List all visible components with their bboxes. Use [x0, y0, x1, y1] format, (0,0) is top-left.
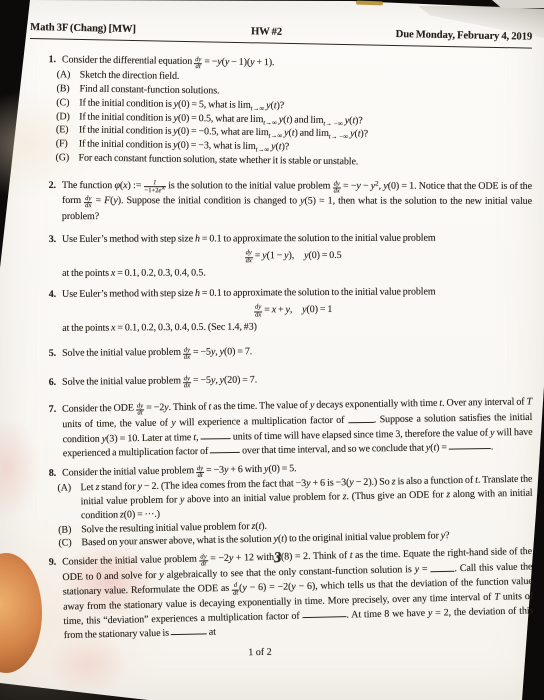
- handwritten-annotation: 3: [273, 550, 282, 568]
- problem-number: 9.: [40, 556, 56, 570]
- fraction: dydt: [199, 554, 208, 568]
- problem-text: Use Euler’s method with step size h = 0.…: [62, 231, 532, 246]
- problem-text: Consider the initial value problem dydt …: [62, 545, 534, 643]
- problem-number: 3.: [40, 233, 56, 247]
- problem-8: 8.Consider the initial value problem dyd…: [0, 457, 544, 551]
- problem-1: 1.Consider the differential equation dyd…: [0, 52, 544, 171]
- part-label: (E): [56, 123, 69, 137]
- problem-9: 9.Consider the initial value problem dyd…: [0, 545, 544, 644]
- fill-in-blank: [430, 562, 454, 572]
- fraction: dydx: [84, 196, 92, 210]
- problem-number: 2.: [40, 179, 56, 193]
- problem-5: 5.Solve the initial value problem dydx =…: [0, 343, 544, 363]
- problem-number: 1.: [40, 53, 56, 67]
- part-text: If the initial condition is y(0) = −3, w…: [79, 138, 290, 152]
- part-label: (C): [56, 96, 69, 110]
- problem-text: Solve the initial value problem dydx = −…: [62, 370, 532, 391]
- part-label: (A): [57, 482, 71, 496]
- fraction: dydt: [194, 56, 202, 70]
- fill-in-blank: [201, 430, 231, 440]
- problem-text: Consider the ODE dydt = −2y. Think of t …: [62, 395, 533, 460]
- fraction: dydx: [254, 305, 262, 319]
- fraction: dydt: [196, 466, 204, 480]
- photo-background: Math 3F (Chang) [MW] HW #2 Due Monday, F…: [0, 0, 544, 700]
- fraction: dydx: [183, 347, 191, 361]
- problem-number: 8.: [40, 467, 56, 481]
- problem-7: 7.Consider the ODE dydt = −2y. Think of …: [0, 395, 544, 462]
- fill-in-blank: [210, 444, 240, 454]
- problem-number: 4.: [40, 288, 56, 302]
- part-label: (A): [57, 68, 71, 82]
- part-label: (B): [58, 523, 71, 537]
- fraction: dydx: [333, 181, 341, 195]
- fill-in-blank: [348, 413, 374, 423]
- part-text: Sketch the direction field.: [80, 70, 180, 82]
- part-text: For each constant function solution, sta…: [78, 152, 358, 167]
- fraction: dydt: [136, 403, 144, 417]
- document-header: Math 3F (Chang) [MW] HW #2 Due Monday, F…: [30, 21, 532, 48]
- problem-text: The function φ(x) := 1−1+2ex is the solu…: [62, 179, 532, 224]
- display-equation: dydx = x + y, y(0) = 1: [56, 302, 530, 321]
- fraction: dydx: [245, 250, 253, 264]
- part-text: Find all constant-function solutions.: [79, 83, 219, 96]
- problem-text: at the points x = 0.1, 0.2, 0.3, 0.4, 0.…: [62, 319, 532, 336]
- part-label: (B): [56, 82, 69, 96]
- problem-text: Solve the initial value problem dydx = −…: [62, 343, 532, 363]
- problem-number: 5.: [40, 347, 56, 361]
- fraction: 1−1+2ex: [144, 180, 166, 195]
- problem-3: 3.Use Euler’s method with step size h = …: [0, 231, 544, 281]
- part-label: (F): [56, 137, 68, 151]
- part-text: Let z stand for y − 2. (The idea comes f…: [80, 474, 532, 521]
- fill-in-blank: [302, 608, 346, 618]
- problems: 1.Consider the differential equation dyd…: [0, 53, 544, 643]
- display-equation: dydx = y(1 − y), y(0) = 0.5: [56, 248, 530, 265]
- problem-2: 2.The function φ(x) := 1−1+2ex is the so…: [0, 179, 544, 224]
- fill-in-blank: [449, 440, 491, 450]
- fraction: dydx: [183, 375, 191, 389]
- part-label: (G): [55, 151, 69, 165]
- fill-in-blank: [171, 625, 207, 635]
- problem-text: at the points x = 0.1, 0.2, 0.3, 0.4, 0.…: [62, 265, 532, 280]
- problem-number: 7.: [40, 403, 56, 417]
- homework-title: HW #2: [251, 25, 282, 39]
- document-content: Math 3F (Chang) [MW] HW #2 Due Monday, F…: [0, 0, 544, 700]
- part-text: If the initial condition is y(0) = 5, wh…: [79, 97, 284, 111]
- part-label: (D): [56, 109, 70, 123]
- problem-text: Use Euler’s method with step size h = 0.…: [62, 285, 532, 302]
- course-title: Math 3F (Chang) [MW]: [30, 21, 136, 37]
- due-date: Due Monday, February 4, 2019: [396, 28, 533, 44]
- part-label: (C): [58, 537, 71, 551]
- fraction: ddt: [232, 583, 239, 597]
- problem-6: 6.Solve the initial value problem dydx =…: [0, 369, 544, 391]
- problem-4: 4.Use Euler’s method with step size h = …: [0, 285, 544, 337]
- problem-number: 6.: [40, 375, 56, 389]
